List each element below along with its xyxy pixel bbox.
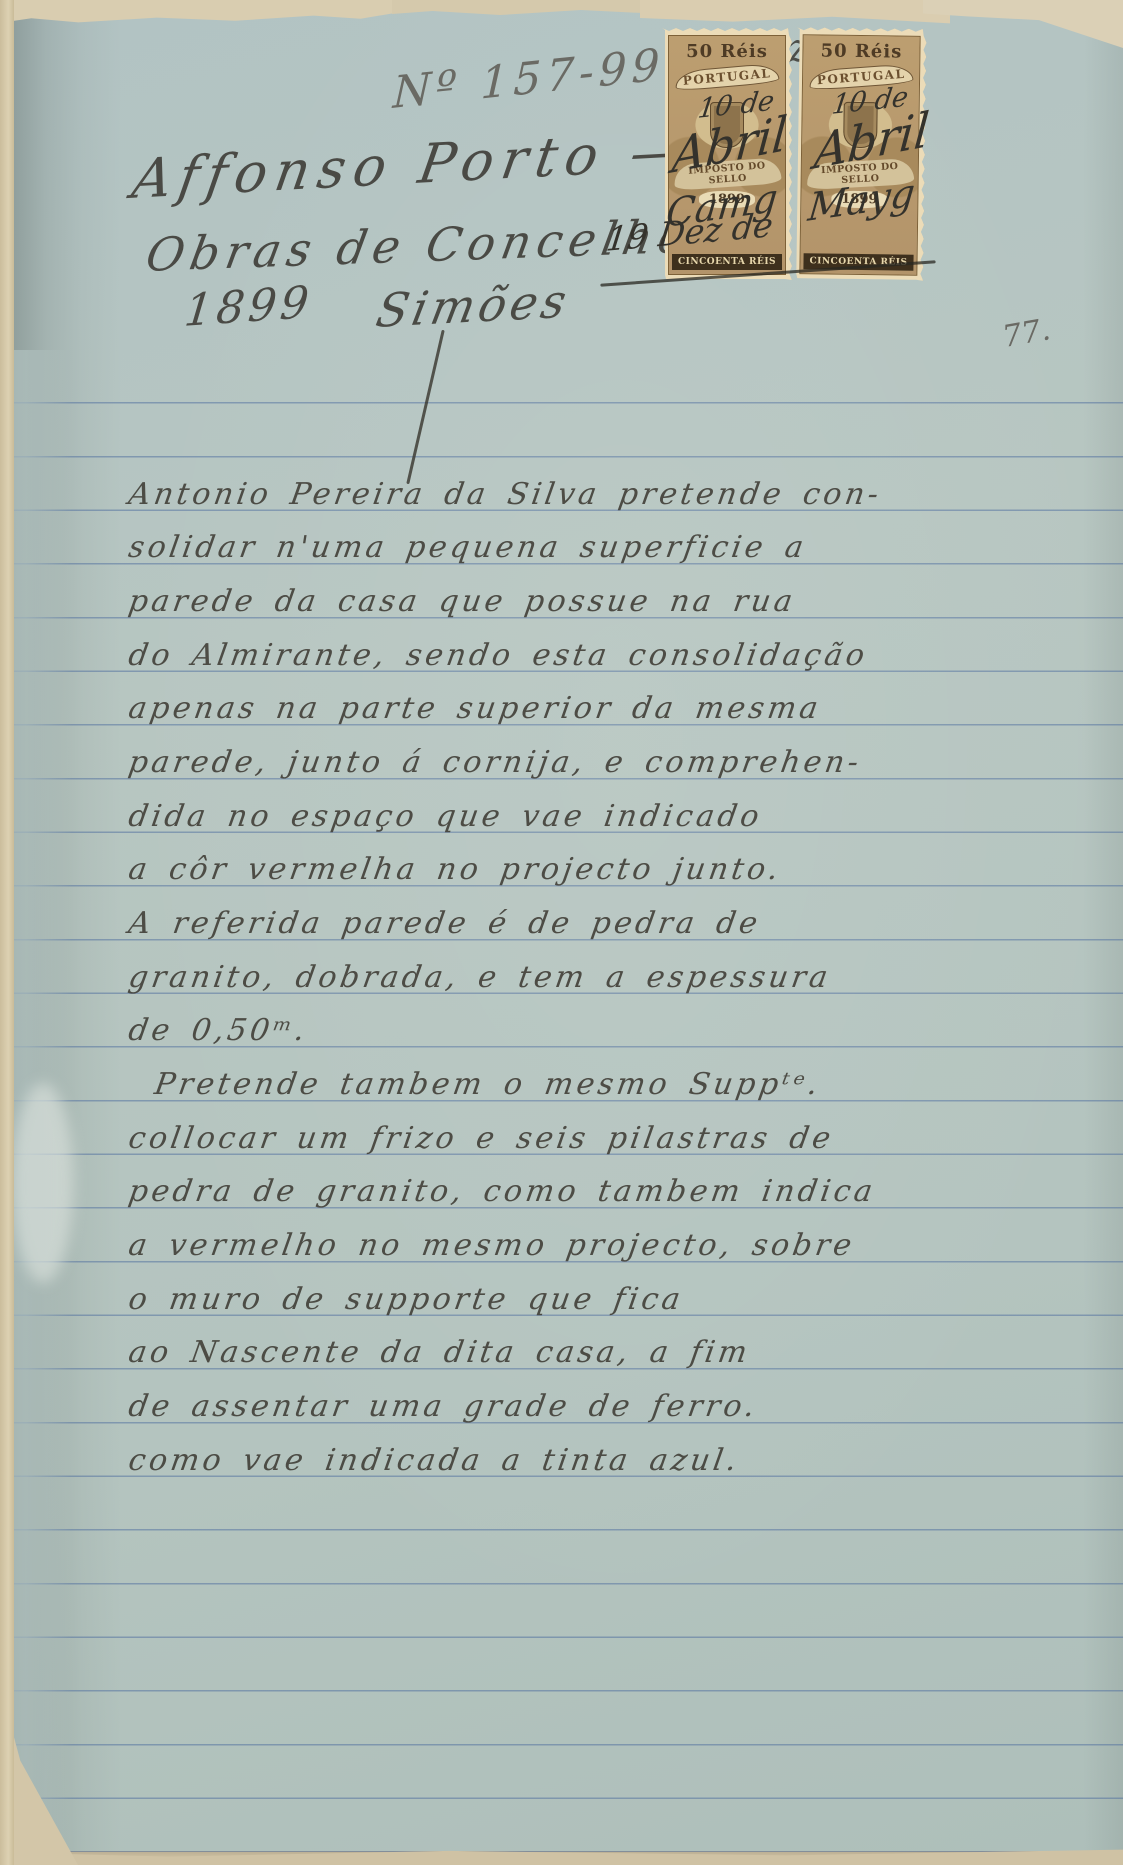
manuscript-line: parede, junto á cornija, e comprehen- bbox=[126, 728, 1075, 781]
manuscript-line: granito, dobrada, e tem a espessura bbox=[126, 943, 1075, 996]
manuscript-line: Antonio Pereira da Silva pretende con- bbox=[126, 460, 1075, 513]
manuscript-line: a côr vermelha no projecto junto. bbox=[126, 835, 1075, 888]
manuscript-line: A referida parede é de pedra de bbox=[126, 889, 1075, 942]
manuscript-line: dida no espaço que vae indicado bbox=[126, 782, 1075, 835]
manuscript-line: o muro de supporte que fica bbox=[126, 1265, 1075, 1318]
manuscript-line: parede da casa que possue na rua bbox=[126, 567, 1075, 620]
manuscript-line: de assentar uma grade de ferro. bbox=[126, 1372, 1075, 1425]
manuscript-body: Antonio Pereira da Silva pretende con-so… bbox=[0, 0, 1123, 1865]
manuscript-line: de 0,50ᵐ. bbox=[126, 996, 1075, 1049]
manuscript-line: do Almirante, sendo esta consolidação bbox=[126, 621, 1075, 674]
manuscript-line: a vermelho no mesmo projecto, sobre bbox=[126, 1211, 1075, 1264]
manuscript-line: ao Nascente da dita casa, a fim bbox=[126, 1318, 1075, 1371]
manuscript-line: apenas na parte superior da mesma bbox=[126, 674, 1075, 727]
book-binding-edge bbox=[0, 0, 14, 1865]
manuscript-line: Pretende tambem o mesmo Suppᵗᵉ. bbox=[126, 1050, 1075, 1103]
manuscript-line: pedra de granito, como tambem indica bbox=[126, 1157, 1075, 1210]
manuscript-page-scan: Faz Nº 157-99 Affonso Porto — Obras de C… bbox=[0, 0, 1123, 1865]
manuscript-line: collocar um frizo e seis pilastras de bbox=[126, 1104, 1075, 1157]
manuscript-line: solidar n'uma pequena superficie a bbox=[126, 513, 1075, 566]
manuscript-line: como vae indicada a tinta azul. bbox=[126, 1426, 1075, 1479]
